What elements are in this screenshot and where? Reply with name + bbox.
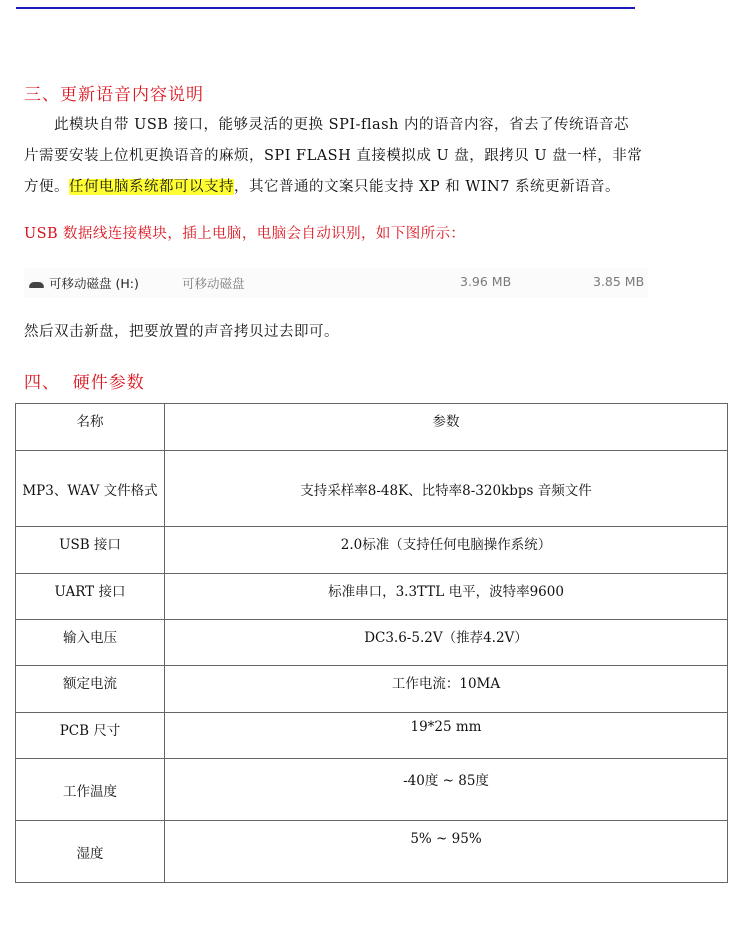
row-name: 额定电流 [16, 666, 165, 713]
table-row: UART 接口 标准串口，3.3TTL 电平，波特率9600 [16, 574, 728, 620]
row-value: 工作电流：10MA [165, 666, 728, 713]
drive-total-size: 3.96 MB [460, 274, 511, 289]
row-name: PCB 尺寸 [16, 713, 165, 759]
section-4-heading: 四、 硬件参数 [24, 368, 145, 393]
after-copy-instruction: 然后双击新盘，把要放置的声音拷贝过去即可。 [24, 317, 644, 348]
top-divider-rule [16, 7, 635, 9]
row-name: USB 接口 [16, 527, 165, 574]
table-row: 输入电压 DC3.6-5.2V（推荐4.2V） [16, 620, 728, 666]
table-row: 工作温度 -40度 ~ 85度 [16, 759, 728, 821]
row-value: 支持采样率8-48K、比特率8-320kbps 音频文件 [165, 451, 728, 527]
row-name: UART 接口 [16, 574, 165, 620]
section-3-paragraph: 此模块自带 USB 接口，能够灵活的更换 SPI-flash 内的语音内容，省去… [24, 110, 644, 203]
drive-free-space: 3.85 MB [593, 274, 644, 289]
table-row: USB 接口 2.0标准（支持任何电脑操作系统） [16, 527, 728, 574]
table-row: MP3、WAV 文件格式 支持采样率8-48K、比特率8-320kbps 音频文… [16, 451, 728, 527]
usb-connection-note: USB 数据线连接模块，插上电脑，电脑会自动识别，如下图所示： [24, 222, 465, 243]
table-row: PCB 尺寸 19*25 mm [16, 713, 728, 759]
drive-type: 可移动磁盘 [182, 274, 245, 292]
table-header-row: 名称 参数 [16, 404, 728, 451]
row-value: 19*25 mm [165, 713, 728, 759]
row-value: 2.0标准（支持任何电脑操作系统） [165, 527, 728, 574]
removable-drive-icon [29, 282, 44, 288]
row-value: -40度 ~ 85度 [165, 759, 728, 821]
hardware-spec-table: 名称 参数 MP3、WAV 文件格式 支持采样率8-48K、比特率8-320kb… [15, 403, 728, 883]
header-value: 参数 [165, 404, 728, 451]
row-name: 湿度 [16, 821, 165, 883]
removable-drive-row[interactable]: 可移动磁盘 (H:) 可移动磁盘 3.96 MB 3.85 MB [24, 268, 648, 298]
row-value: DC3.6-5.2V（推荐4.2V） [165, 620, 728, 666]
highlighted-text: 任何电脑系统都可以支持 [69, 179, 234, 195]
section-3-heading: 三、更新语音内容说明 [24, 80, 204, 105]
table-row: 湿度 5% ~ 95% [16, 821, 728, 883]
paragraph-line-3: 方便。任何电脑系统都可以支持，其它普通的文案只能支持 XP 和 WIN7 系统更… [24, 172, 644, 203]
table-row: 额定电流 工作电流：10MA [16, 666, 728, 713]
row-name: 工作温度 [16, 759, 165, 821]
drive-name: 可移动磁盘 (H:) [49, 274, 139, 292]
row-value: 标准串口，3.3TTL 电平，波特率9600 [165, 574, 728, 620]
header-name: 名称 [16, 404, 165, 451]
row-name: MP3、WAV 文件格式 [16, 451, 165, 527]
row-name: 输入电压 [16, 620, 165, 666]
paragraph-line-2: 片需要安装上位机更换语音的麻烦，SPI FLASH 直接模拟成 U 盘，跟拷贝 … [24, 141, 644, 172]
paragraph-line-1: 此模块自带 USB 接口，能够灵活的更换 SPI-flash 内的语音内容，省去… [24, 110, 644, 141]
row-value: 5% ~ 95% [165, 821, 728, 883]
